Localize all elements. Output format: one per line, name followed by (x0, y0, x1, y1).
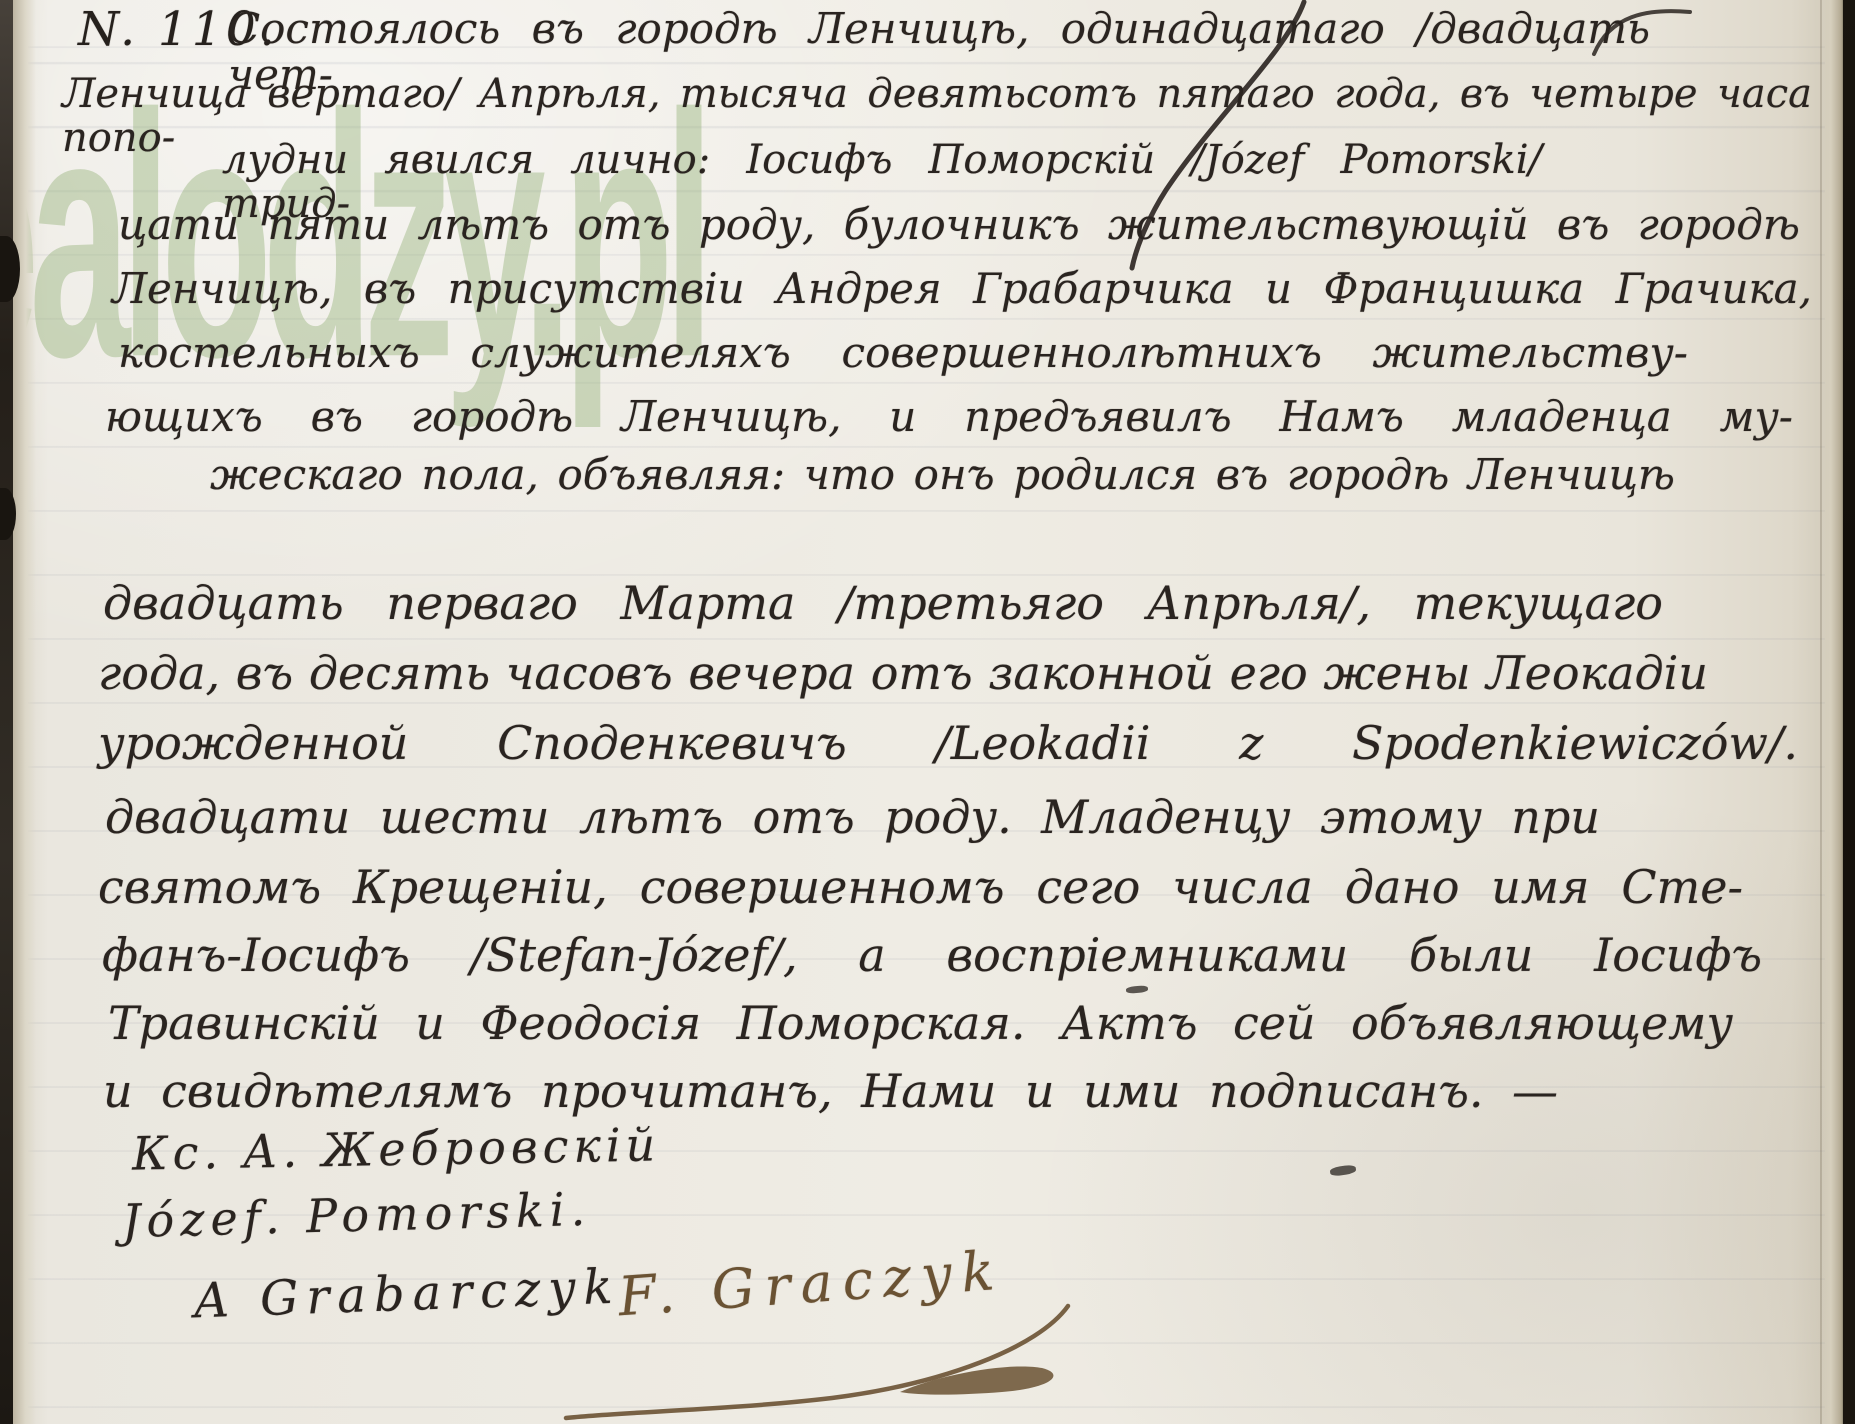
record-text-line: фанъ-Іосифъ /Stefan-Józef/, а воспріемни… (102, 930, 1762, 981)
page-edge-left (13, 0, 36, 1424)
record-text-line: костельныхъ служителяхъ совершеннолѣтних… (118, 330, 1688, 376)
binding-edge-left (0, 0, 13, 1424)
record-text-line: Ленчицѣ, въ присутствіи Андрея Грабарчик… (112, 266, 1812, 312)
signature-priest-zebrowski: Кс. А. Жебровскій (132, 1117, 661, 1180)
record-text-line: двадцати шести лѣтъ отъ роду. Младенцу э… (105, 792, 1600, 843)
record-text-line: цати пяти лѣтъ отъ роду, булочникъ жител… (118, 202, 1800, 248)
record-text-line: ющихъ въ городѣ Ленчицѣ, и предъявилъ На… (105, 394, 1793, 440)
record-text-line: жескаго пола, объявляя: что онъ родился … (210, 452, 1675, 498)
record-text-line: года, въ десять часовъ вечера отъ законн… (98, 648, 1708, 699)
record-text-line: урожденной Споденкевичъ /Leokadii z Spod… (98, 718, 1798, 769)
record-text-line: и свидѣтелямъ прочитанъ, Нами и ими подп… (103, 1066, 1558, 1117)
record-text-line: святомъ Крещеніи, совершенномъ сего числ… (98, 862, 1743, 913)
page-edge-right (1821, 0, 1843, 1424)
record-text-line: Травинскій и Феодосія Поморская. Актъ се… (108, 998, 1733, 1049)
record-text-line: двадцать перваго Марта /третьяго Апрѣля/… (103, 578, 1663, 629)
background-edge-right (1843, 0, 1855, 1424)
scanned-register-page: ealodzy.pl N. 110. Состоялось въ городѣ … (0, 0, 1855, 1424)
signature-flourish (560, 1300, 1120, 1424)
